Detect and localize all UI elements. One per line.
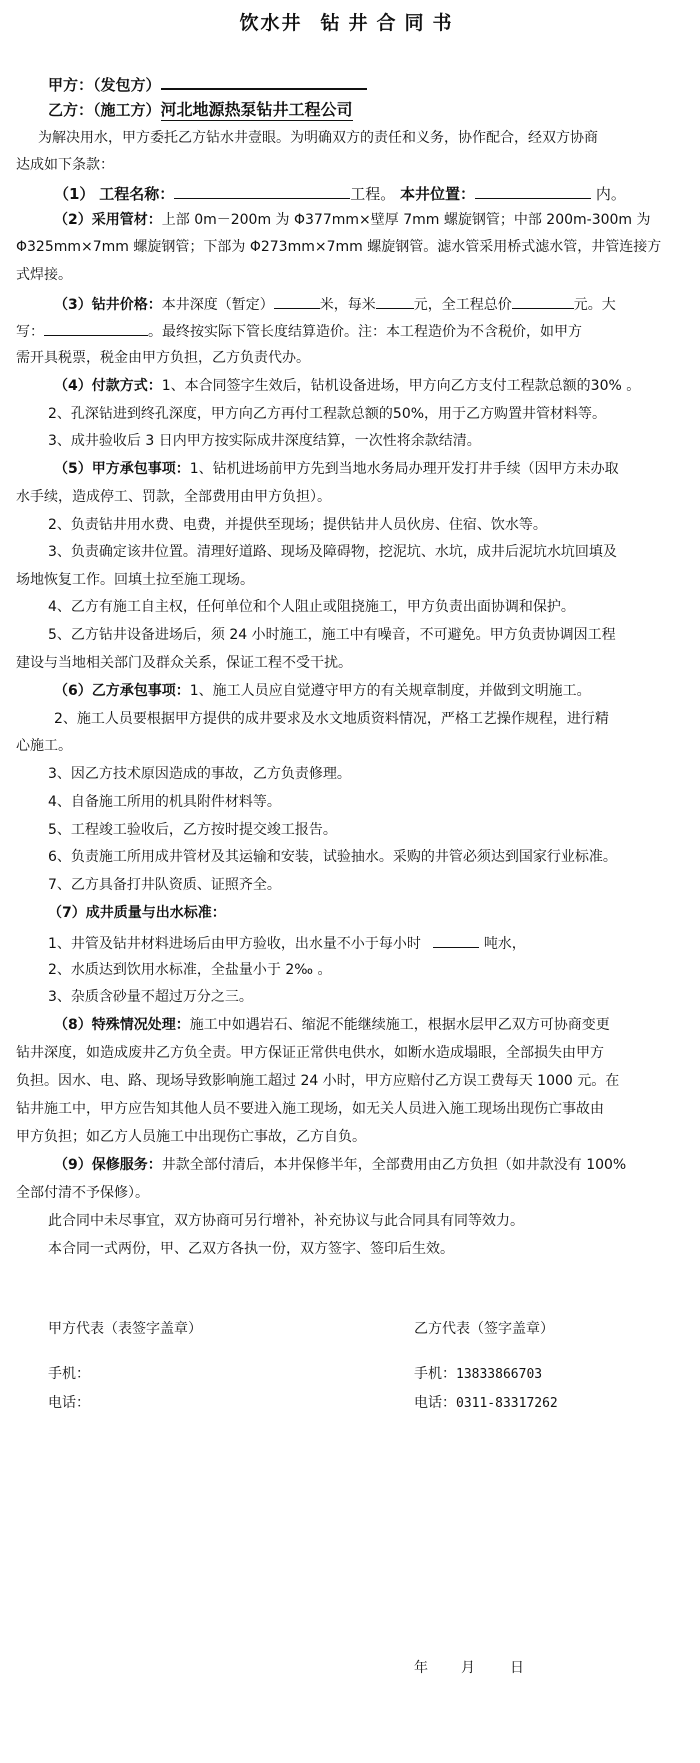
clause-1-label: 工程名称： <box>99 185 174 203</box>
clause-2-text: 上部 0m－200m 为 Φ377mm×壁厚 7mm 螺旋钢管；中部 200m-… <box>162 212 651 228</box>
capital-amount-label: 写： <box>16 324 44 340</box>
party-a-item-5-cont: 建设与当地相关部门及群众关系，保证工程不受干扰。 <box>16 654 686 672</box>
water-output-unit: 吨水， <box>484 936 526 952</box>
party-b-item-2-cont: 心施工。 <box>16 737 686 755</box>
payment-item-2: 2、孔深钻进到终孔深度，甲方向乙方再付工程款总额的50%，用于乙方购置井管材料等… <box>48 405 686 423</box>
clause-9-line-2: 全部付清不予保修）。 <box>16 1184 686 1202</box>
clause-2-number: （2） <box>54 212 92 228</box>
party-b-item-1: 1、施工人员应自觉遵守甲方的有关规章制度，并做到文明施工。 <box>190 683 591 699</box>
intro-line-2: 达成如下条款： <box>16 156 686 174</box>
party-a-mobile: 手机： <box>48 1365 90 1383</box>
clause-8-line-1: （8）特殊情况处理：施工中如遇岩石、缩泥不能继续施工，根据水层甲乙双方可协商变更 <box>54 1016 700 1034</box>
project-name-field[interactable] <box>174 184 350 199</box>
date-month: 月 <box>461 1659 475 1677</box>
depth-field[interactable] <box>274 294 320 309</box>
party-a-item-4: 4、乙方有施工自主权，任何单位和个人阻止或阻挠施工，甲方负责出面协调和保护。 <box>48 598 686 616</box>
party-a-phone: 电话： <box>48 1394 90 1412</box>
clause-8-line-5: 甲方负担；如乙方人员施工中出现伤亡事故，乙方自负。 <box>16 1128 686 1146</box>
party-a-field[interactable] <box>161 74 367 90</box>
quality-item-2: 2、水质达到饮用水标准，全盐量小于 2‰ 。 <box>48 961 686 979</box>
per-meter-label: 米，每米 <box>320 297 376 313</box>
payment-item-1: 1、本合同签字生效后，钻机设备进场，甲方向乙方支付工程款总额的30% 。 <box>162 378 640 394</box>
party-a-item-1-cont: 水手续，造成停工、罚款，全部费用由甲方负担）。 <box>16 488 686 506</box>
party-b-item-5: 5、工程竣工验收后，乙方按时提交竣工报告。 <box>48 821 686 839</box>
clause-4-number: （4） <box>54 378 92 394</box>
title-part2: 钻井合同书 <box>321 12 461 34</box>
party-a-item-5: 5、乙方钻井设备进场后，须 24 小时施工，施工中有噪音，不可避免。甲方负责协调… <box>48 626 686 644</box>
party-a-row: 甲方：（发包方） <box>48 74 700 94</box>
closing-line-1: 此合同中未尽事宜，双方协商可另行增补，补充协议与此合同具有同等效力。 <box>48 1212 686 1230</box>
intro-line-1: 为解决用水，甲方委托乙方钻水井壹眼。为明确双方的责任和义务，协作配合，经双方协商 <box>38 129 700 147</box>
well-location-label: 本井位置： <box>400 185 475 203</box>
clause-4-line-1: （4）付款方式：1、本合同签字生效后，钻机设备进场，甲方向乙方支付工程款总额的3… <box>54 377 700 395</box>
party-a-phone-label: 电话： <box>48 1395 90 1411</box>
party-b-row: 乙方：（施工方）河北地源热泵钻井工程公司 <box>48 101 700 119</box>
clause-9-label: 保修服务： <box>92 1157 162 1173</box>
party-a-item-2: 2、负责钻井用水费、电费，并提供至现场；提供钻井人员伙房、住宿、饮水等。 <box>48 516 686 534</box>
clause-4-label: 付款方式： <box>92 378 162 394</box>
clause-5-line-1: （5）甲方承包事项：1、钻机进场前甲方先到当地水务局办理开发打井手续（因甲方未办… <box>54 460 700 478</box>
party-b-phone: 电话：0311-83317262 <box>414 1394 558 1413</box>
clause-8-line-3: 负担。因水、电、路、现场导致影响施工超过 24 小时，甲方应赔付乙方误工费每天 … <box>16 1072 686 1090</box>
clause-2-line-3: 式焊接。 <box>16 266 686 284</box>
clause-2-line-2: Φ325mm×7mm 螺旋钢管；下部为 Φ273mm×7mm 螺旋钢管。滤水管采… <box>16 238 686 256</box>
clause-3-number: （3） <box>54 297 92 313</box>
clause-1: （1） 工程名称：工程。 本井位置： 内。 <box>54 184 700 203</box>
party-a-item-1: 1、钻机进场前甲方先到当地水务局办理开发打井手续（因甲方未办取 <box>190 461 619 477</box>
clause-1-number: （1） <box>54 185 94 203</box>
price-per-meter-field[interactable] <box>376 294 414 309</box>
clause-9-line-1: （9）保修服务：井款全部付清后，本井保修半年，全部费用由乙方负担（如井款没有 1… <box>54 1156 700 1174</box>
clause-3-line-1: （3）钻井价格：本井深度（暂定）米，每米元，全工程总价元。大 <box>54 294 700 314</box>
clause-7-heading: （7）成井质量与出水标准： <box>48 904 700 922</box>
date-day: 日 <box>510 1659 524 1677</box>
party-b-mobile: 手机：13833866703 <box>414 1365 542 1384</box>
party-b-phone-value: 0311-83317262 <box>456 1396 558 1411</box>
party-b-mobile-label: 手机： <box>414 1366 456 1382</box>
page-title: 饮水井钻井合同书 <box>0 8 700 35</box>
contract-document: 饮水井钻井合同书 甲方：（发包方） 乙方：（施工方）河北地源热泵钻井工程公司 为… <box>0 0 700 1763</box>
clause-8-number: （8） <box>54 1017 92 1033</box>
party-a-representative: 甲方代表（表签字盖章） <box>48 1320 202 1338</box>
clause-1-end: 内。 <box>596 185 626 203</box>
depth-label: 本井深度（暂定） <box>162 297 274 313</box>
clause-1-mid: 工程。 <box>350 185 395 203</box>
clause-6-number: （6） <box>54 683 92 699</box>
clause-7-number: （7） <box>48 905 86 921</box>
clause-3-note: 。最终按实际下管长度结算造价。注：本工程造价为不含税价，如甲方 <box>148 324 582 340</box>
clause-7-label: 成井质量与出水标准： <box>86 905 226 921</box>
party-a-item-3: 3、负责确定该井位置。清理好道路、现场及障碍物，挖泥坑、水坑，成井后泥坑水坑回填… <box>48 543 686 561</box>
party-a-mobile-label: 手机： <box>48 1366 90 1382</box>
total-price-unit: 元。大 <box>574 297 616 313</box>
party-a-label: 甲方：（发包方） <box>48 76 161 94</box>
quality-item-3: 3、杂质含砂量不超过万分之三。 <box>48 988 686 1006</box>
date-year: 年 <box>414 1659 428 1677</box>
party-b-item-2: 2、施工人员要根据甲方提供的成井要求及水文地质资料情况，严格工艺操作规程，进行精 <box>54 710 686 728</box>
clause-3-line-3: 需开具税票，税金由甲方负担，乙方负责代办。 <box>16 349 686 367</box>
clause-8-label: 特殊情况处理： <box>92 1017 190 1033</box>
total-price-label: 元，全工程总价 <box>414 297 512 313</box>
quality-item-1: 1、井管及钻井材料进场后由甲方验收，出水量不小于每小时 吨水， <box>48 933 686 953</box>
capital-amount-field[interactable] <box>44 321 148 336</box>
clause-3-label: 钻井价格： <box>92 297 162 313</box>
water-output-field[interactable] <box>433 933 479 948</box>
clause-6-label: 乙方承包事项： <box>92 683 190 699</box>
party-b-item-3: 3、因乙方技术原因造成的事故，乙方负责修理。 <box>48 765 686 783</box>
party-b-phone-label: 电话： <box>414 1395 456 1411</box>
well-location-field[interactable] <box>475 184 591 199</box>
closing-line-2: 本合同一式两份，甲、乙双方各执一份，双方签字、签印后生效。 <box>48 1240 686 1258</box>
party-b-label: 乙方：（施工方） <box>48 101 161 119</box>
party-b-item-6: 6、负责施工所用成井管材及其运输和安装，试验抽水。采购的井管必须达到国家行业标准… <box>48 848 686 866</box>
title-part1: 饮水井 <box>239 12 302 34</box>
clause-8-line-4: 钻井施工中，甲方应告知其他人员不要进入施工现场，如无关人员进入施工现场出现伤亡事… <box>16 1100 686 1118</box>
party-b-representative: 乙方代表（签字盖章） <box>414 1320 554 1338</box>
water-output-label: 1、井管及钻井材料进场后由甲方验收，出水量不小于每小时 <box>48 936 421 952</box>
party-b-name: 河北地源热泵钻井工程公司 <box>161 100 353 121</box>
clause-9-number: （9） <box>54 1157 92 1173</box>
clause-9-text: 井款全部付清后，本井保修半年，全部费用由乙方负担（如井款没有 100% <box>162 1157 626 1173</box>
total-price-field[interactable] <box>512 294 574 309</box>
clause-2-label: 采用管材： <box>92 212 162 228</box>
clause-2-line-1: （2）采用管材：上部 0m－200m 为 Φ377mm×壁厚 7mm 螺旋钢管；… <box>54 211 700 229</box>
clause-8-text: 施工中如遇岩石、缩泥不能继续施工，根据水层甲乙双方可协商变更 <box>190 1017 610 1033</box>
party-a-item-3-cont: 场地恢复工作。回填土拉至施工现场。 <box>16 571 686 589</box>
party-b-item-7: 7、乙方具备打井队资质、证照齐全。 <box>48 876 686 894</box>
party-b-mobile-value: 13833866703 <box>456 1367 542 1382</box>
party-b-item-4: 4、自备施工所用的机具附件材料等。 <box>48 793 686 811</box>
clause-3-line-2: 写：。最终按实际下管长度结算造价。注：本工程造价为不含税价，如甲方 <box>16 321 686 341</box>
clause-6-line-1: （6）乙方承包事项：1、施工人员应自觉遵守甲方的有关规章制度，并做到文明施工。 <box>54 682 700 700</box>
payment-item-3: 3、成井验收后 3 日内甲方按实际成井深度结算，一次性将余款结清。 <box>48 432 686 450</box>
clause-5-number: （5） <box>54 461 92 477</box>
clause-5-label: 甲方承包事项： <box>92 461 190 477</box>
clause-8-line-2: 钻井深度，如造成废井乙方负全责。甲方保证正常供电供水，如断水造成塌眼，全部损失由… <box>16 1044 686 1062</box>
